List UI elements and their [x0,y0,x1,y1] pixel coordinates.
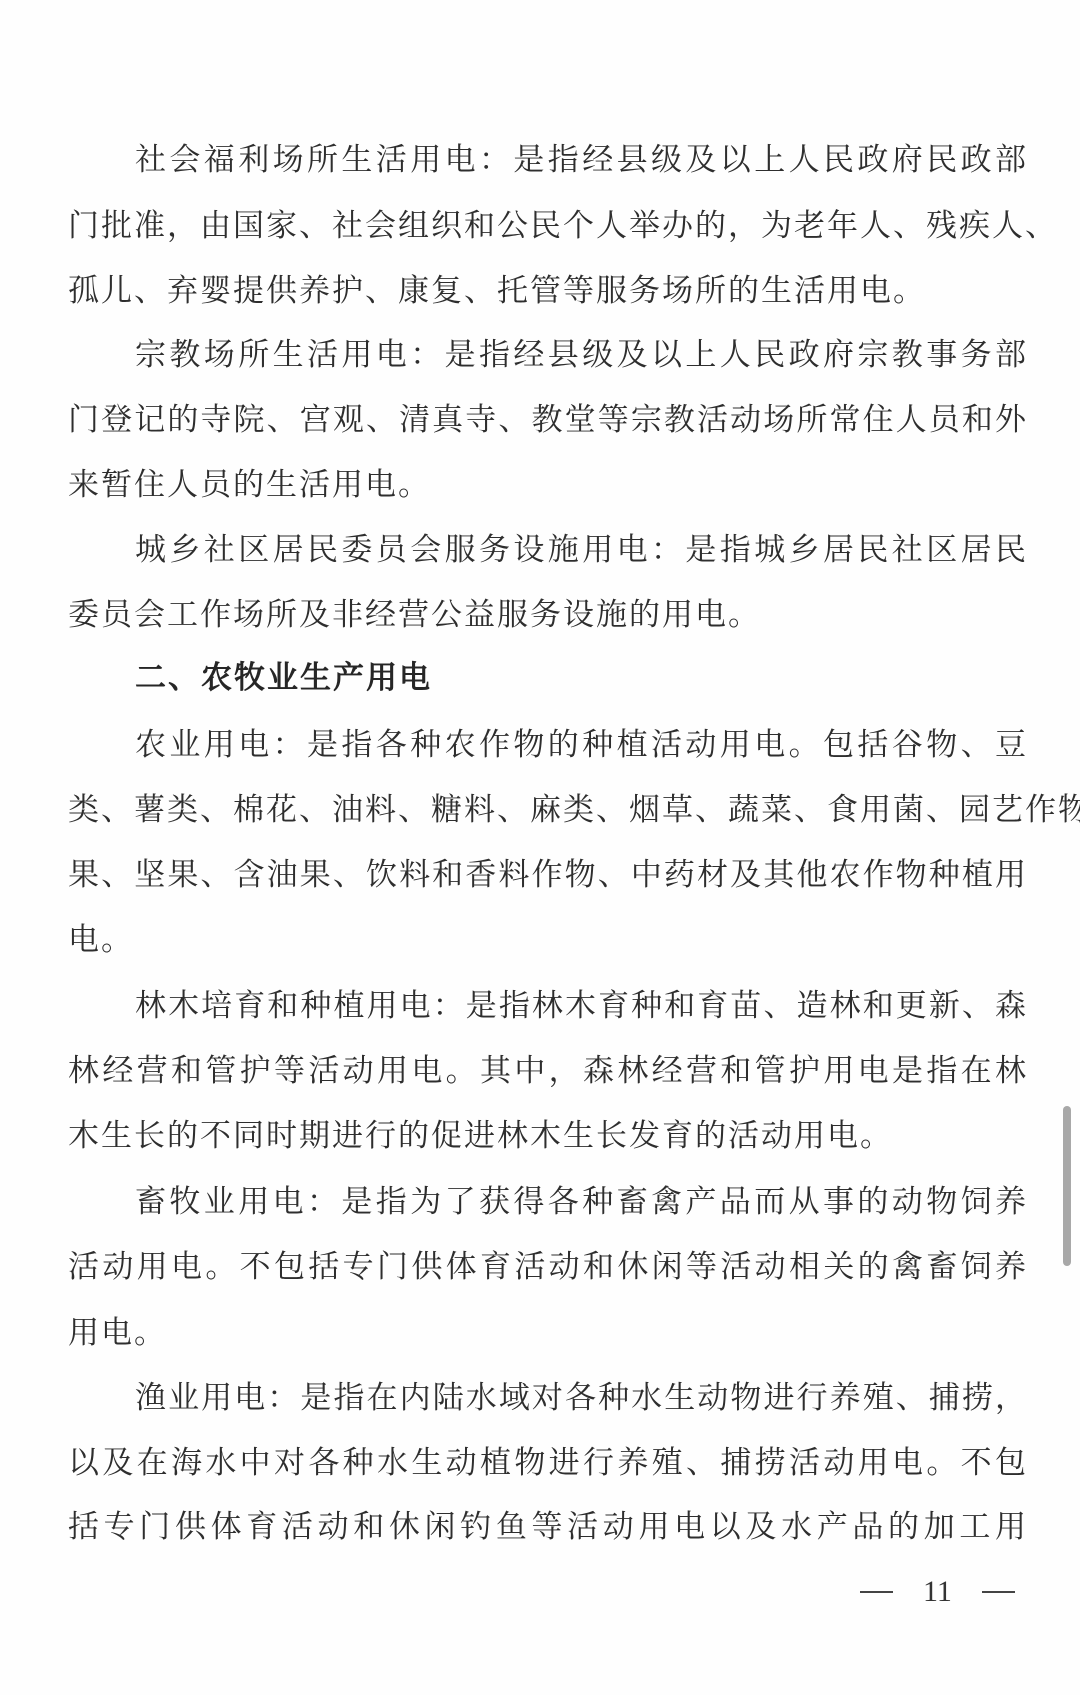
text-line: 林木培育和种植用电：是指林木育种和育苗、造林和更新、森 [135,986,1028,1026]
page-number: 11 [860,1572,1015,1612]
text-line: 果、坚果、含油果、饮料和香料作物、中药材及其他农作物种植用 [68,855,1028,895]
text-line: 用电。 [68,1313,1028,1353]
section-heading: 二、农牧业生产用电 [135,658,432,698]
document-page: 社会福利场所生活用电：是指经县级及以上人民政府民政部 门批准，由国家、社会组织和… [0,0,1080,1695]
dash-right [982,1591,1015,1593]
text-line: 来暂住人员的生活用电。 [68,465,1028,505]
dash-left [860,1591,893,1593]
text-line: 木生长的不同时期进行的促进林木生长发育的活动用电。 [68,1116,1028,1156]
text-line: 孤儿、弃婴提供养护、康复、托管等服务场所的生活用电。 [68,271,1028,311]
text-line: 门登记的寺院、宫观、清真寺、教堂等宗教活动场所常住人员和外 [68,400,1028,440]
text-line: 活动用电。不包括专门供体育活动和休闲等活动相关的禽畜饲养 [68,1247,1028,1287]
text-line: 农业用电：是指各种农作物的种植活动用电。包括谷物、豆 [135,725,1028,765]
text-line: 宗教场所生活用电：是指经县级及以上人民政府宗教事务部 [135,335,1028,375]
text-line: 门批准，由国家、社会组织和公民个人举办的，为老年人、残疾人、 [68,206,1028,246]
page-number-value: 11 [923,1575,952,1609]
text-line: 括专门供体育活动和休闲钓鱼等活动用电以及水产品的加工用 [68,1507,1028,1547]
text-line: 城乡社区居民委员会服务设施用电：是指城乡居民社区居民 [135,530,1028,570]
text-line: 林经营和管护等活动用电。其中，森林经营和管护用电是指在林 [68,1051,1028,1091]
text-line: 渔业用电：是指在内陆水域对各种水生动物进行养殖、捕捞， [135,1378,1028,1418]
text-line: 以及在海水中对各种水生动植物进行养殖、捕捞活动用电。不包 [68,1443,1028,1483]
text-line: 畜牧业用电：是指为了获得各种畜禽产品而从事的动物饲养 [135,1182,1028,1222]
text-line: 委员会工作场所及非经营公益服务设施的用电。 [68,595,1028,635]
text-line: 电。 [68,920,1028,960]
vertical-scrollbar-thumb[interactable] [1063,1106,1071,1266]
text-line: 类、薯类、棉花、油料、糖料、麻类、烟草、蔬菜、食用菌、园艺作物、水 [68,790,1028,830]
text-line: 社会福利场所生活用电：是指经县级及以上人民政府民政部 [135,140,1028,180]
